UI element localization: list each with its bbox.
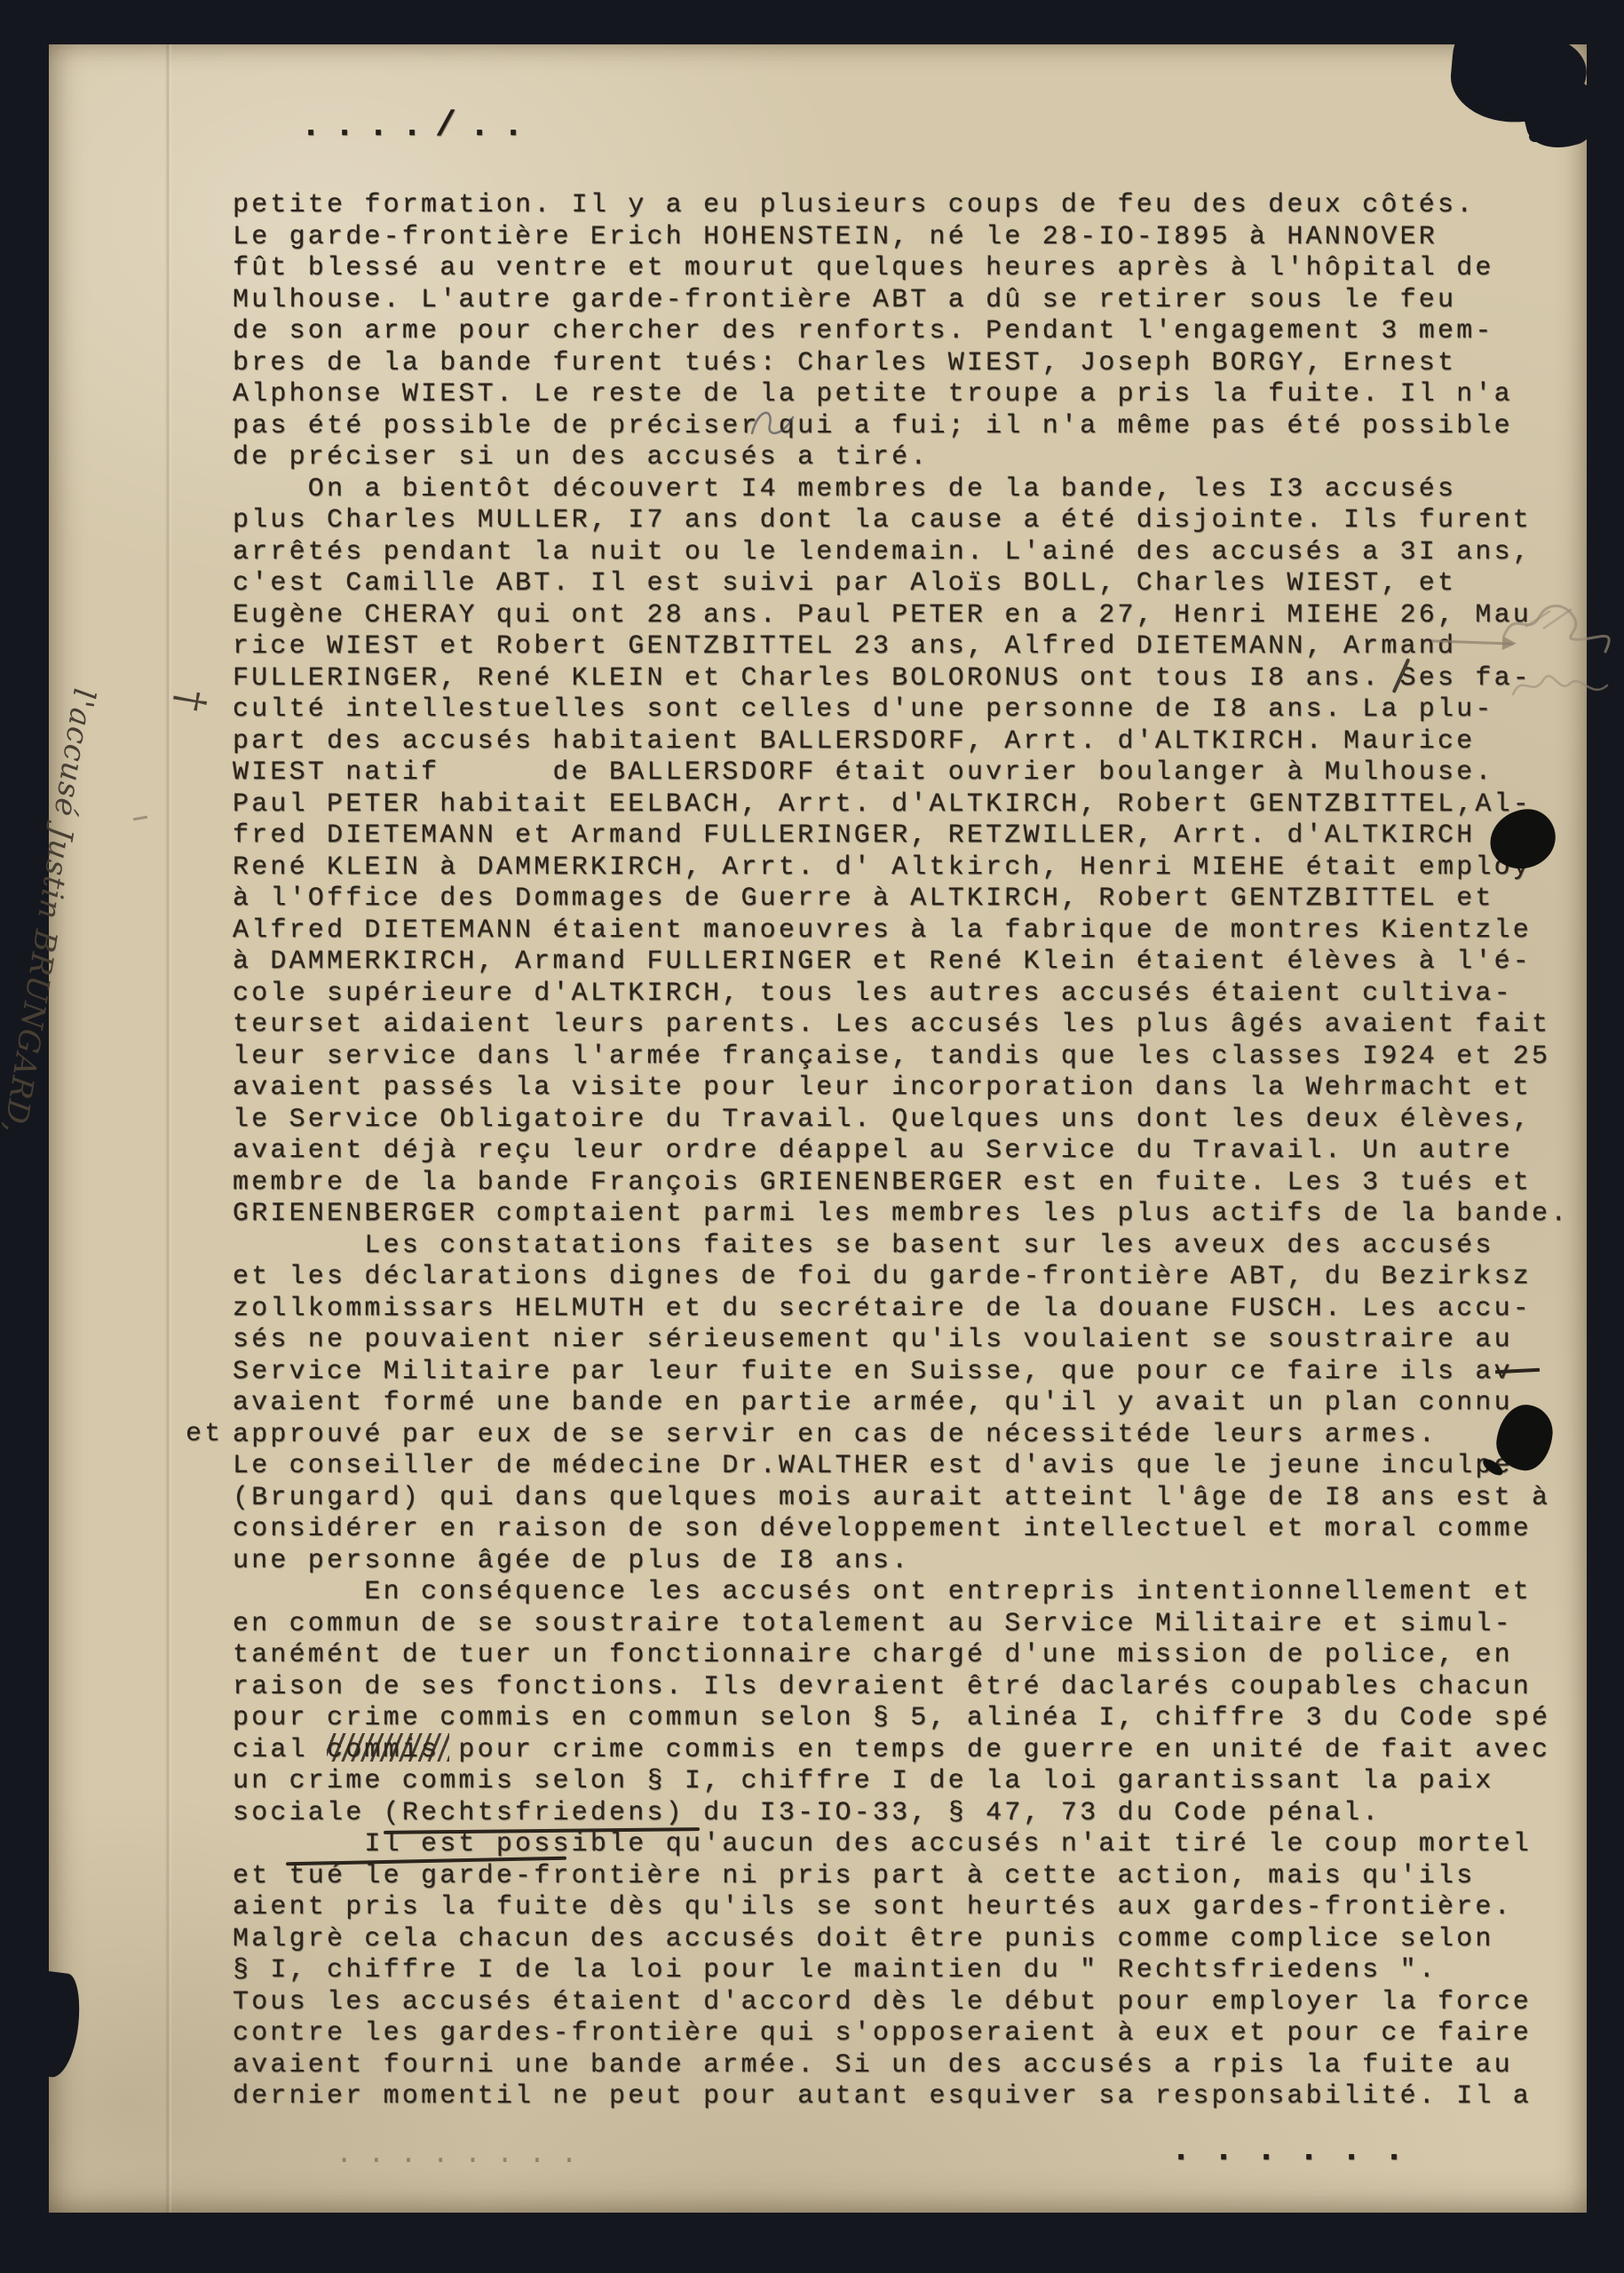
typed-line: fred DIETEMANN et Armand FULLERINGER, RE… xyxy=(233,820,1569,852)
typed-line: et tué le garde-frontière ni pris part à… xyxy=(233,1861,1569,1893)
typed-line: un crime commis selon § I, chiffre I de … xyxy=(233,1766,1569,1798)
typed-line: WIEST natif de BALLERSDORF était ouvrier… xyxy=(233,757,1569,789)
typed-line: en commun de se soustraire totalement au… xyxy=(233,1609,1569,1641)
typed-line: avaient passés la visite pour leur incor… xyxy=(233,1073,1569,1105)
typed-line: avaient déjà reçu leur ordre déappel au … xyxy=(233,1136,1569,1168)
typed-line: Les constatations faites se basent sur l… xyxy=(233,1231,1569,1263)
typed-line: aient pris la fuite dès qu'ils se sont h… xyxy=(233,1892,1569,1924)
typed-line: Paul PETER habitait EELBACH, Arrt. d'ALT… xyxy=(233,789,1569,821)
typed-line: teurset aidaient leurs parents. Les accu… xyxy=(233,1010,1569,1041)
typed-line: tanémént de tuer un fonctionnaire chargé… xyxy=(233,1640,1569,1672)
ink-squiggle-mark xyxy=(749,398,802,451)
typed-line: Tous les accusés étaient d'accord dès le… xyxy=(233,1987,1569,2019)
typed-line: René KLEIN à DAMMERKIRCH, Arrt. d' Altki… xyxy=(233,852,1569,884)
typed-line: pas été possible de préciser qui a fui; … xyxy=(233,411,1569,443)
typed-line: le Service Obligatoire du Travail. Quelq… xyxy=(233,1105,1569,1136)
typed-line: FULLERINGER, René KLEIN et Charles BOLOR… xyxy=(233,663,1569,695)
typed-line: à DAMMERKIRCH, Armand FULLERINGER et Ren… xyxy=(233,946,1569,978)
typed-line: Le garde-frontière Erich HOHENSTEIN, né … xyxy=(233,222,1569,254)
typed-line: pour crime commis en commun selon § 5, a… xyxy=(233,1703,1569,1735)
typed-line: On a bientôt découvert I4 membres de la … xyxy=(233,474,1569,506)
typed-line: arrêtés pendant la nuit ou le lendemain.… xyxy=(233,537,1569,569)
typed-line: zollkommissars HELMUTH et du secrétaire … xyxy=(233,1294,1569,1326)
typed-line: GRIENENBERGER comptaient parmi les membr… xyxy=(233,1199,1569,1231)
paper-tear-speck xyxy=(1529,131,1541,142)
vertical-fold-crease xyxy=(165,44,172,2213)
typed-line: Mulhouse. L'autre garde-frontière ABT a … xyxy=(233,285,1569,317)
typed-line: Malgrè cela chacun des accusés doit être… xyxy=(233,1924,1569,1956)
typed-line: raison de ses fonctions. Ils devraient ê… xyxy=(233,1672,1569,1704)
typed-line: à l'Office des Dommages de Guerre à ALTK… xyxy=(233,883,1569,915)
typed-line: Alphonse WIEST. Le reste de la petite tr… xyxy=(233,379,1569,411)
typed-line: c'est Camille ABT. Il est suivi par Aloï… xyxy=(233,568,1569,600)
footer-dots-faint: ........ xyxy=(336,2138,593,2171)
typed-line: dernier momentil ne peut pour autant esq… xyxy=(233,2081,1569,2113)
typed-line: Le conseiller de médecine Dr.WALTHER est… xyxy=(233,1451,1569,1483)
typed-line: Il est possible qu'aucun des accusés n'a… xyxy=(233,1829,1569,1861)
typed-line: leur service dans l'armée française, tan… xyxy=(233,1041,1569,1073)
typed-line: § I, chiffre I de la loi pour le maintie… xyxy=(233,1955,1569,1987)
typed-line: approuvé par eux de se servir en cas de … xyxy=(233,1420,1569,1452)
typed-line: de préciser si un des accusés a tiré. xyxy=(233,442,1569,474)
typed-line: de son arme pour chercher des renforts. … xyxy=(233,316,1569,348)
typed-line: (Brungard) qui dans quelques mois aurait… xyxy=(233,1483,1569,1515)
typed-line: sociale (Rechtsfriedens) du I3-IO-33, § … xyxy=(233,1798,1569,1830)
typed-line: rice WIEST et Robert GENTZBITTEL 23 ans,… xyxy=(233,631,1569,663)
typed-line: culté intellestuelles sont celles d'une … xyxy=(233,694,1569,726)
page-number-mark: ..../.. xyxy=(300,107,536,147)
typed-line: membre de la bande François GRIENENBERGE… xyxy=(233,1168,1569,1200)
typed-line: En conséquence les accusés ont entrepris… xyxy=(233,1577,1569,1609)
scan-background: { "document": { "page_mark": "..../..", … xyxy=(0,0,1624,2273)
typed-line: Eugène CHERAY qui ont 28 ans. Paul PETER… xyxy=(233,600,1569,632)
typed-line: bres de la bande furent tués: Charles WI… xyxy=(233,348,1569,380)
typed-line: fût blessé au ventre et mourut quelques … xyxy=(233,253,1569,285)
note-line-1: l'accusé Justin BRUNGARD, xyxy=(0,685,112,1138)
typed-line: considérer en raison de son développemen… xyxy=(233,1514,1569,1546)
margin-insert-word: et xyxy=(186,1419,223,1449)
typed-line: petite formation. Il y a eu plusieurs co… xyxy=(233,190,1569,222)
pencil-scribble-icon xyxy=(1508,659,1614,717)
typed-line: avaient formé une bande en partie armée,… xyxy=(233,1388,1569,1420)
typed-line: Alfred DIETEMANN étaient manoeuvres à la… xyxy=(233,915,1569,947)
typed-line: plus Charles MULLER, I7 ans dont la caus… xyxy=(233,505,1569,537)
typed-text: petite formation. Il y a eu plusieurs co… xyxy=(233,190,1569,2113)
typed-line: et les déclarations dignes de foi du gar… xyxy=(233,1262,1569,1294)
typed-line: Service Militaire par leur fuite en Suis… xyxy=(233,1357,1569,1389)
squiggle-icon xyxy=(749,398,802,447)
typed-line: sés ne pouvaient nier sérieusement qu'il… xyxy=(233,1325,1569,1357)
typed-line: avaient fourni une bande armée. Si un de… xyxy=(233,2050,1569,2082)
footer-dots: ...... xyxy=(1170,2131,1426,2171)
strikethrough-commis xyxy=(327,1733,449,1762)
typed-line: part des accusés habitaient BALLERSDORF,… xyxy=(233,726,1569,758)
typed-line: une personne âgée de plus de I8 ans. xyxy=(233,1546,1569,1578)
typed-line: contre les gardes-frontière qui s'oppose… xyxy=(233,2018,1569,2050)
typed-line: cole supérieure d'ALTKIRCH, tous les aut… xyxy=(233,978,1569,1010)
